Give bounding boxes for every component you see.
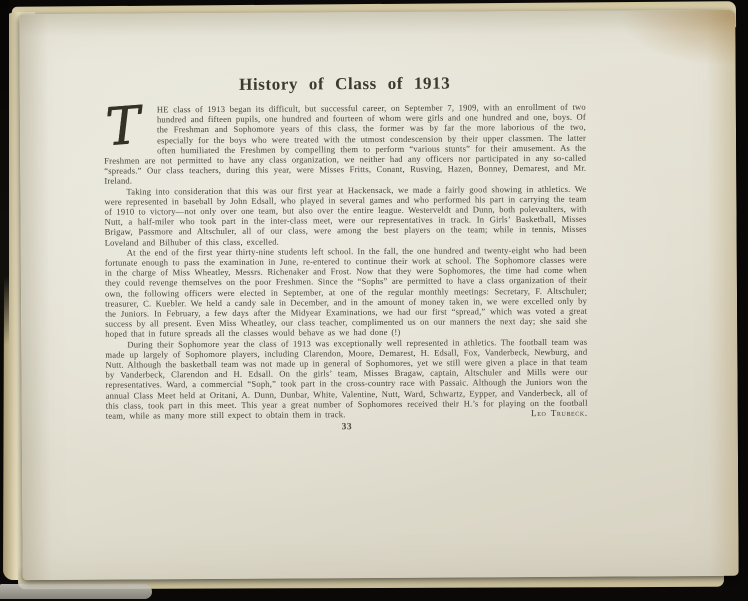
article-body: THE class of 1913 began its difficult, b…: [104, 102, 588, 421]
paragraph-text: HE class of 1913 began its difficult, bu…: [104, 102, 586, 186]
paragraph: THE class of 1913 began its difficult, b…: [104, 102, 586, 187]
drop-cap-letter: T: [104, 105, 151, 154]
book-photo: History of Class of 1913 THE class of 19…: [0, 0, 748, 601]
book-cover-edge: [0, 584, 152, 599]
page-content: History of Class of 1913 THE class of 19…: [19, 10, 738, 435]
book-page: History of Class of 1913 THE class of 19…: [19, 10, 738, 580]
book-spine-shadow: [0, 0, 9, 345]
page-title: History of Class of 1913: [104, 73, 586, 96]
paragraph: Taking into consideration that this was …: [104, 183, 586, 247]
page-number: 33: [106, 421, 588, 434]
paragraph: At the end of the first year thirty-nine…: [105, 245, 588, 340]
